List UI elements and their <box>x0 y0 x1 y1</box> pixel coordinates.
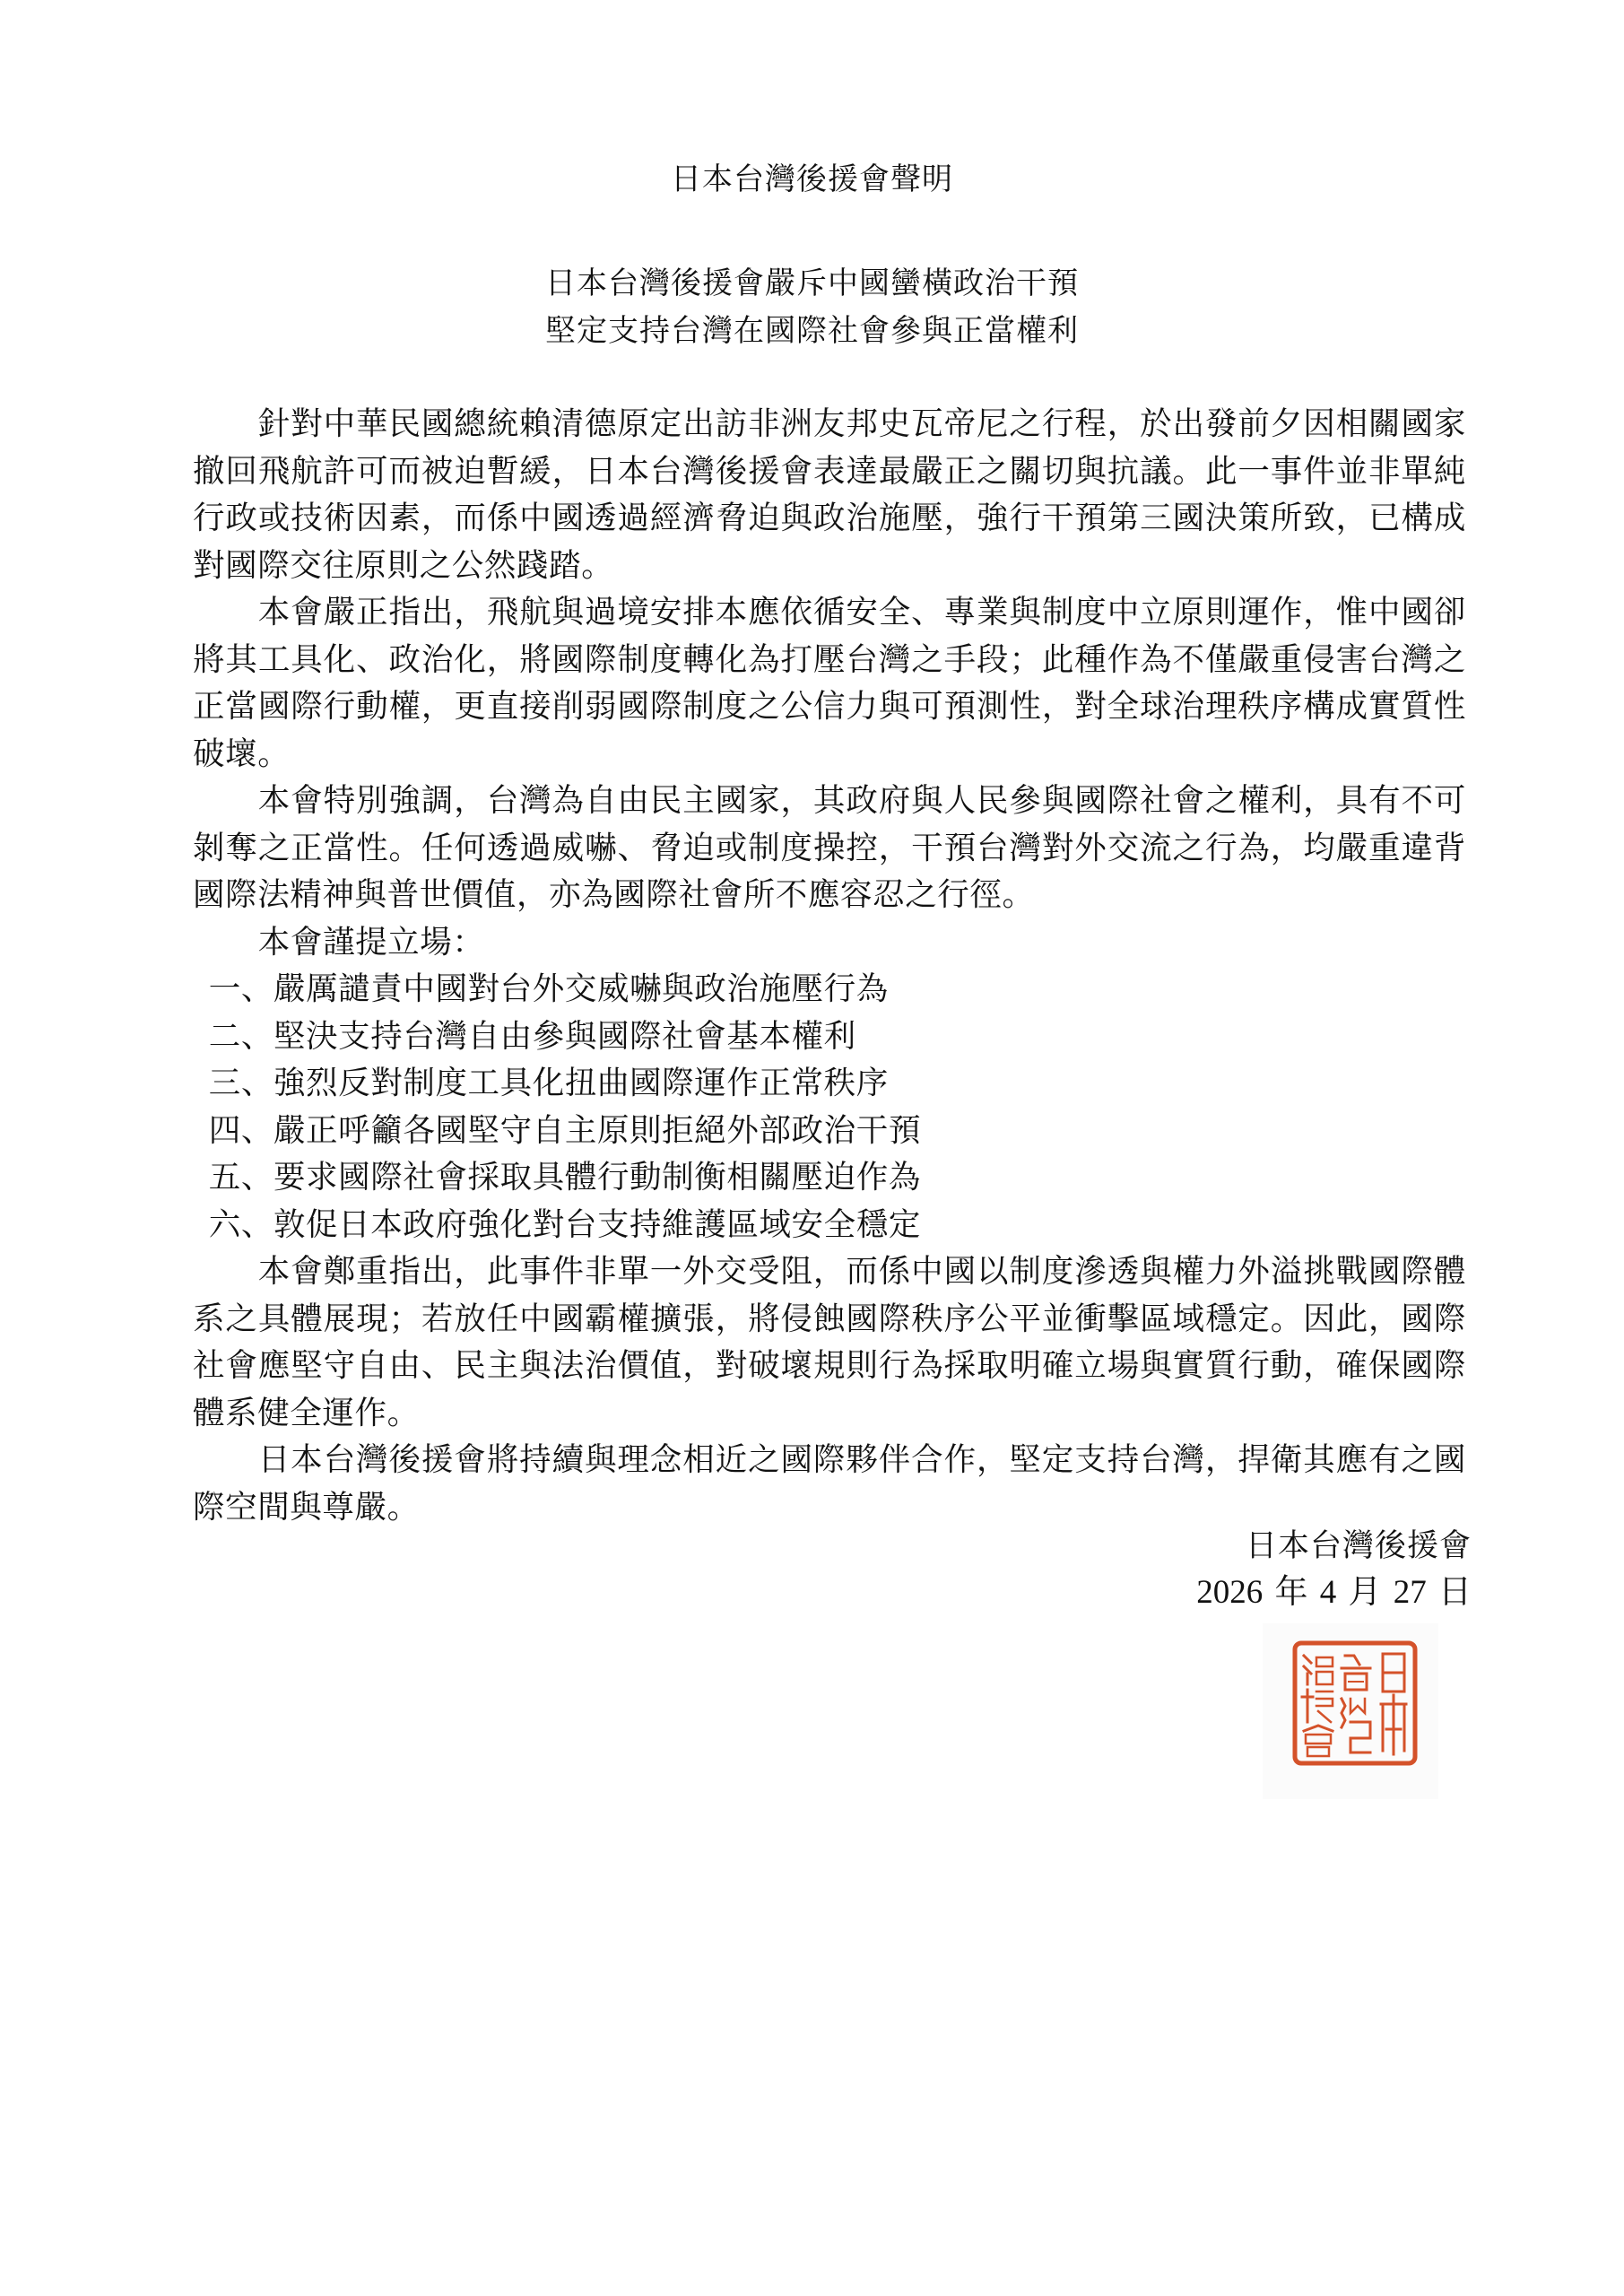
red-square-seal-icon <box>1291 1639 1419 1767</box>
headline-line-1: 日本台灣後援會嚴斥中國蠻橫政治干預 <box>0 260 1624 308</box>
positions-intro: 本會謹提立場： <box>193 919 1466 967</box>
paragraph-1: 針對中華民國總統賴清德原定出訪非洲友邦史瓦帝尼之行程，於出發前夕因相關國家撤回飛… <box>193 401 1466 589</box>
statement-body: 針對中華民國總統賴清德原定出訪非洲友邦史瓦帝尼之行程，於出發前夕因相關國家撤回飛… <box>193 401 1466 1531</box>
position-item-1: 一、嚴厲譴責中國對台外交威嚇與政治施壓行為 <box>193 966 1466 1013</box>
position-item-5: 五、要求國際社會採取具體行動制衡相關壓迫作為 <box>193 1154 1466 1202</box>
closing-paragraph-2: 日本台灣後援會將持續與理念相近之國際夥伴合作，堅定支持台灣，捍衛其應有之國際空間… <box>193 1437 1466 1531</box>
document-title: 日本台灣後援會聲明 <box>0 161 1624 197</box>
signature-date: 2026 年 4 月 27 日 <box>1196 1570 1472 1616</box>
seal-area <box>1263 1623 1438 1799</box>
signature-organization: 日本台灣後援會 <box>1196 1523 1472 1570</box>
signature-block: 日本台灣後援會 2026 年 4 月 27 日 <box>1196 1523 1472 1616</box>
position-item-3: 三、強烈反對制度工具化扭曲國際運作正常秩序 <box>193 1060 1466 1108</box>
document-page: 日本台灣後援會聲明 日本台灣後援會嚴斥中國蠻橫政治干預 堅定支持台灣在國際社會參… <box>0 0 1624 2296</box>
headline-line-2: 堅定支持台灣在國際社會參與正當權利 <box>0 308 1624 355</box>
paragraph-3: 本會特別強調，台灣為自由民主國家，其政府與人民參與國際社會之權利，具有不可剝奪之… <box>193 778 1466 919</box>
closing-paragraph-1: 本會鄭重指出，此事件非單一外交受阻，而係中國以制度滲透與權力外溢挑戰國際體系之具… <box>193 1248 1466 1437</box>
paragraph-2: 本會嚴正指出，飛航與過境安排本應依循安全、專業與制度中立原則運作，惟中國卻將其工… <box>193 589 1466 778</box>
position-item-2: 二、堅決支持台灣自由參與國際社會基本權利 <box>193 1013 1466 1061</box>
headline: 日本台灣後援會嚴斥中國蠻橫政治干預 堅定支持台灣在國際社會參與正當權利 <box>0 260 1624 355</box>
positions-list: 一、嚴厲譴責中國對台外交威嚇與政治施壓行為 二、堅決支持台灣自由參與國際社會基本… <box>193 966 1466 1248</box>
position-item-6: 六、敦促日本政府強化對台支持維護區域安全穩定 <box>193 1202 1466 1249</box>
position-item-4: 四、嚴正呼籲各國堅守自主原則拒絕外部政治干預 <box>193 1108 1466 1155</box>
